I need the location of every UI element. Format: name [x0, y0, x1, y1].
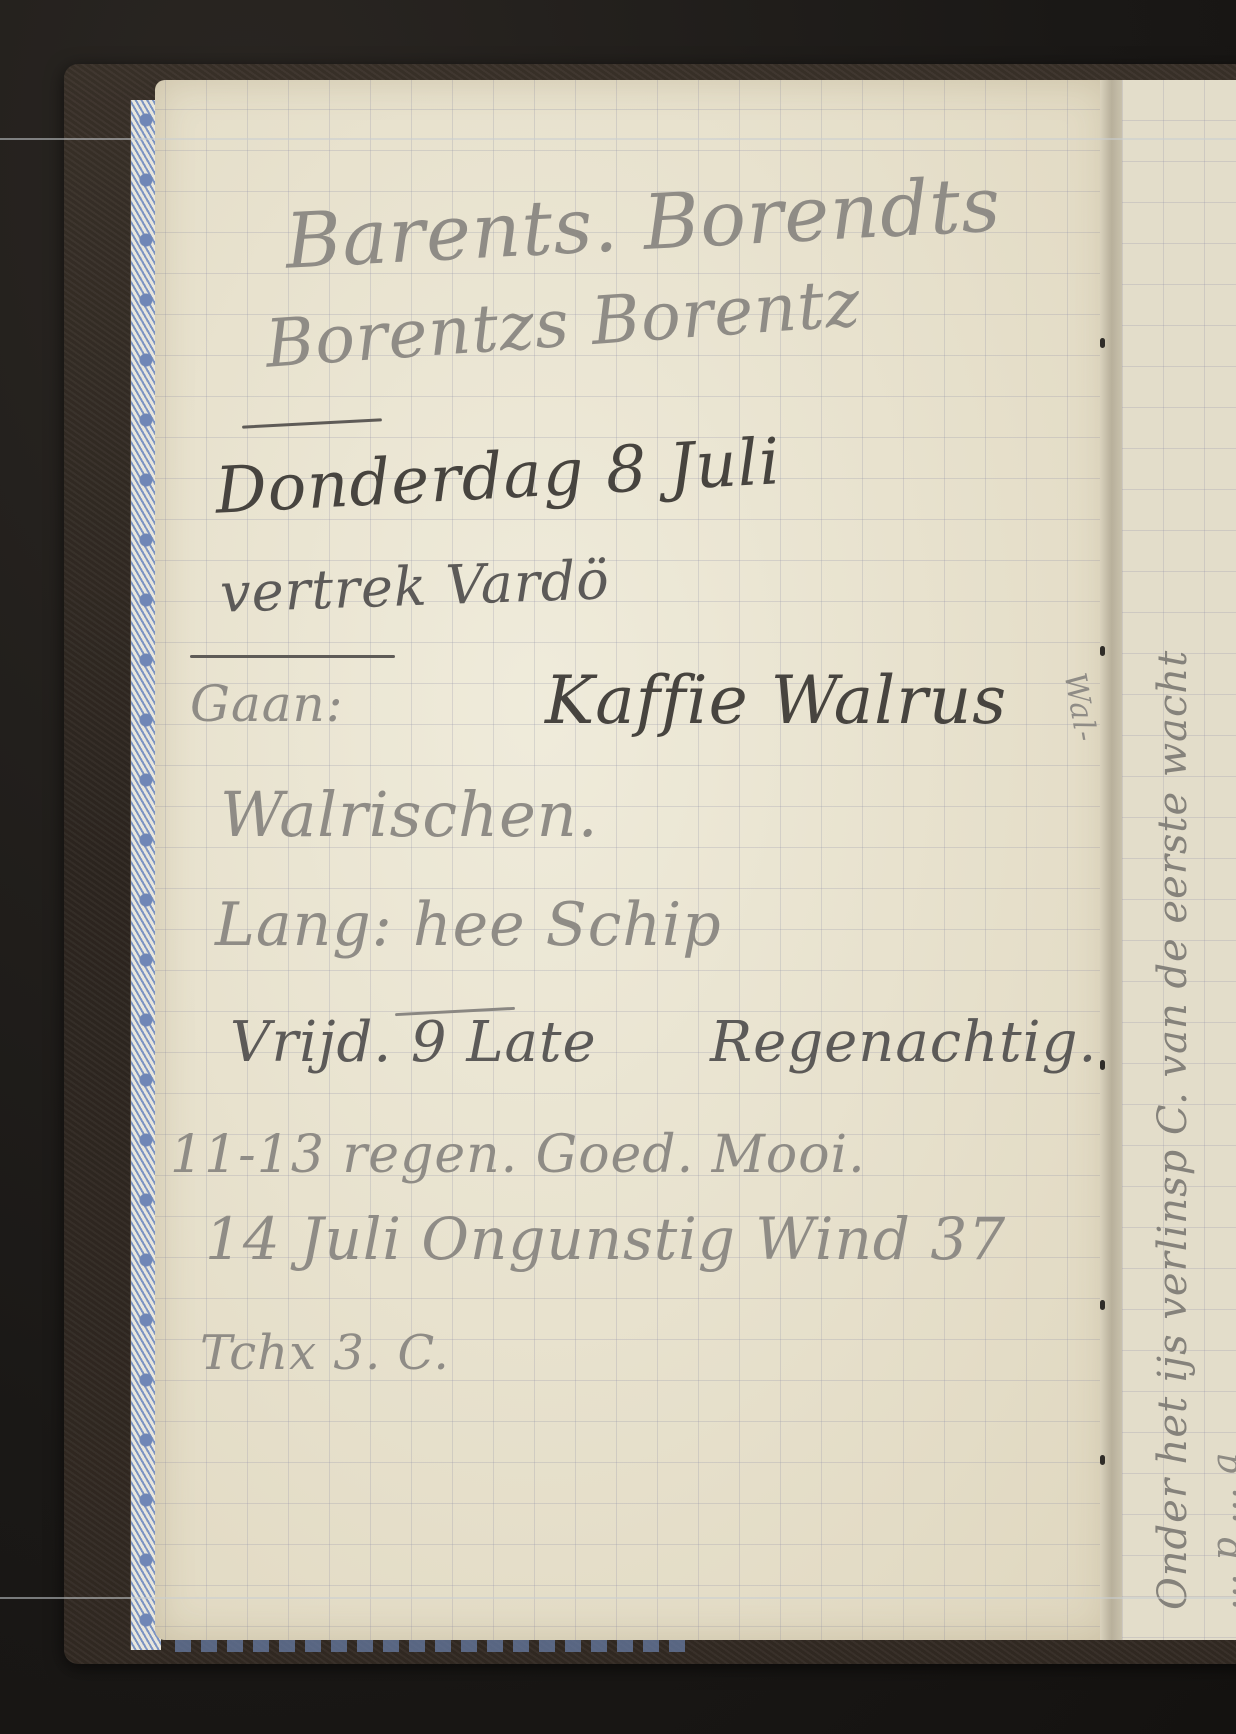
handwritten-line: Tchx 3. C. — [200, 1325, 450, 1381]
handwritten-line: Gaan: — [190, 675, 344, 733]
sleeve-edge-reflection — [0, 1597, 1236, 1599]
handwritten-line: Regenachtig. — [710, 1010, 1097, 1075]
binding-stitch — [1100, 1060, 1105, 1070]
handwritten-line: Lang: hee Schip — [215, 890, 722, 960]
binding-stitch — [1100, 646, 1105, 656]
handwritten-line: Kaffie Walrus — [545, 662, 1007, 739]
binding-stitch — [1100, 1455, 1105, 1465]
vertical-handwritten-line: Onder het ijs verlinsp C. van de eerste … — [1150, 650, 1196, 1610]
handwritten-line: 11-13 regen. Goed. Mooi. — [170, 1125, 866, 1185]
sleeve-edge-reflection — [0, 138, 1236, 140]
binding-stitch — [1100, 1300, 1105, 1310]
endpaper-bottom-strip — [175, 1640, 695, 1652]
handwritten-line: Walrischen. — [220, 778, 598, 851]
handwritten-line: 14 Juli Ongunstig Wind 37 — [205, 1205, 1006, 1273]
handwritten-line: Vrijd. 9 Late — [230, 1010, 597, 1075]
underline-stroke — [190, 655, 395, 658]
vertical-handwritten-line: ... p ... a — [1205, 1452, 1236, 1611]
binding-stitch — [1100, 338, 1105, 348]
